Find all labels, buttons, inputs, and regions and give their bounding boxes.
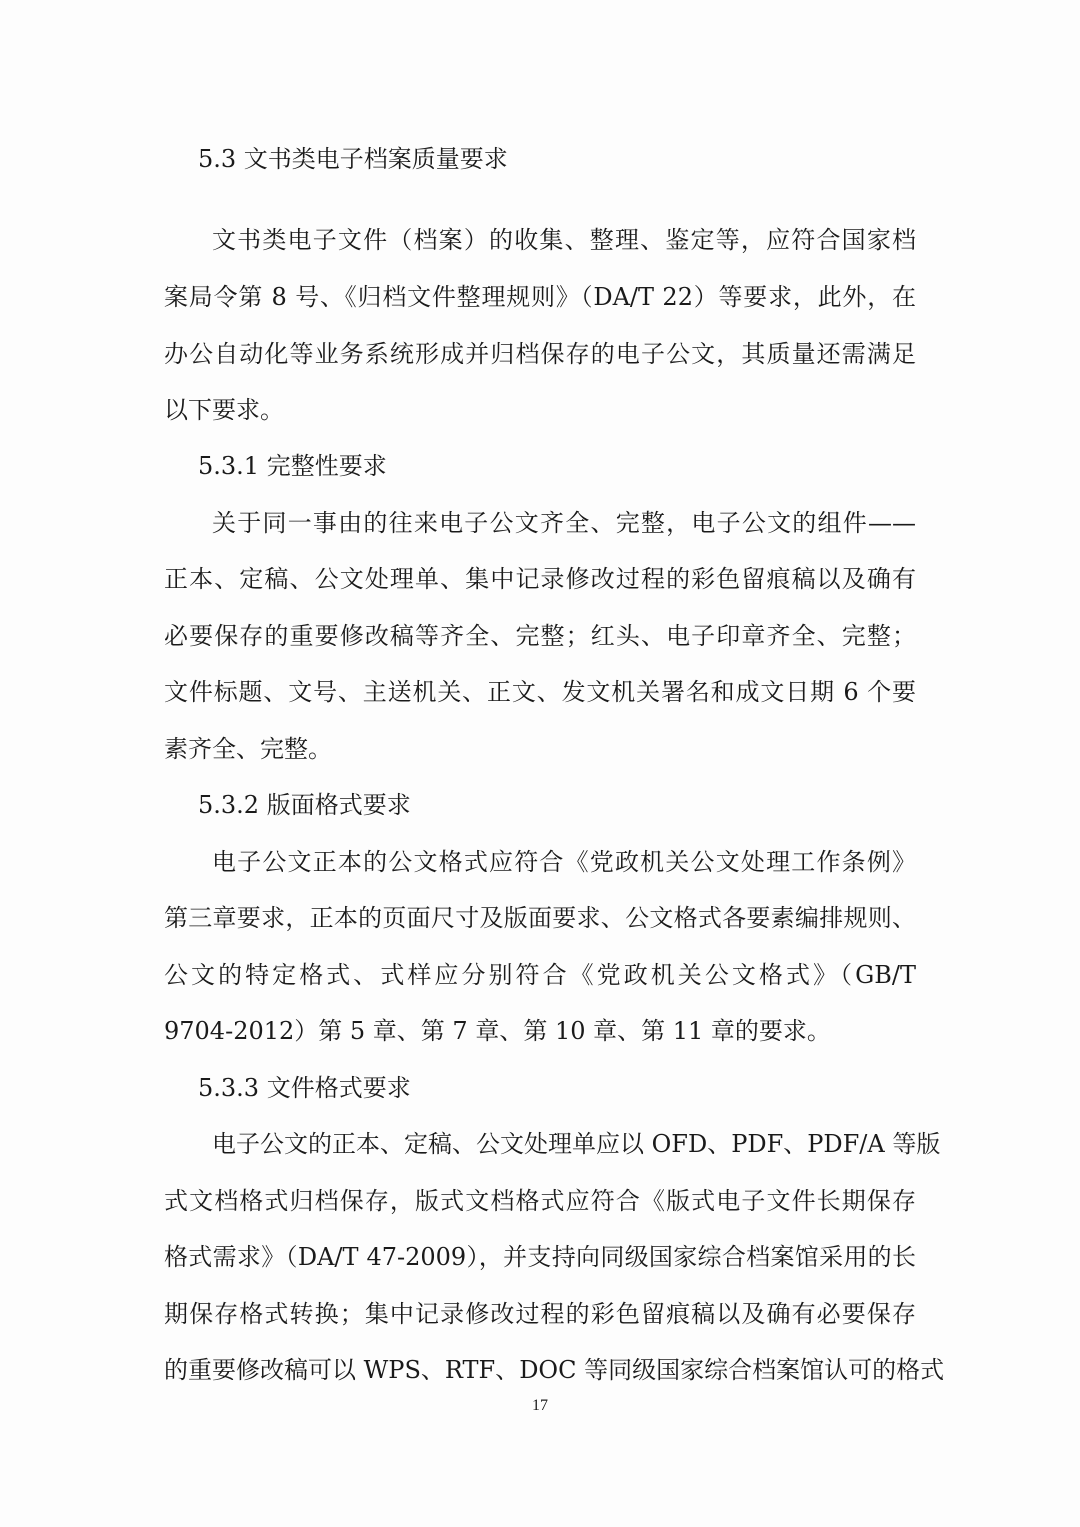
paragraph-line: 关于同一事由的往来电子公文齐全、完整，电子公文的组件—— [212, 507, 916, 539]
section-heading-5-3-2: 5.3.2 版面格式要求 [198, 789, 411, 821]
paragraph-line: 文书类电子文件（档案）的收集、整理、鉴定等，应符合国家档 [212, 224, 916, 256]
paragraph-line: 公文的特定格式、式样应分别符合《党政机关公文格式》（GB/T [164, 959, 916, 991]
document-page: 5.3 文书类电子档案质量要求 文书类电子文件（档案）的收集、整理、鉴定等，应符… [0, 0, 1080, 1527]
section-heading-5-3-3: 5.3.3 文件格式要求 [198, 1072, 411, 1104]
paragraph-line: 的重要修改稿可以 WPS、RTF、DOC 等同级国家综合档案馆认可的格式 [164, 1354, 916, 1386]
paragraph-line: 以下要求。 [164, 394, 916, 426]
paragraph-line: 必要保存的重要修改稿等齐全、完整；红头、电子印章齐全、完整； [164, 620, 916, 652]
paragraph-line: 第三章要求，正本的页面尺寸及版面要求、公文格式各要素编排规则、 [164, 902, 916, 934]
paragraph-line: 格式需求》（DA/T 47-2009），并支持向同级国家综合档案馆采用的长 [164, 1241, 916, 1273]
paragraph-line: 办公自动化等业务系统形成并归档保存的电子公文，其质量还需满足 [164, 338, 916, 370]
section-heading-5-3-1: 5.3.1 完整性要求 [198, 450, 387, 482]
section-heading-5-3: 5.3 文书类电子档案质量要求 [198, 143, 508, 175]
paragraph-line: 素齐全、完整。 [164, 733, 916, 765]
paragraph-line: 期保存格式转换；集中记录修改过程的彩色留痕稿以及确有必要保存 [164, 1298, 916, 1330]
paragraph-line: 式文档格式归档保存，版式文档格式应符合《版式电子文件长期保存 [164, 1185, 916, 1217]
paragraph-line: 9704-2012）第 5 章、第 7 章、第 10 章、第 11 章的要求。 [164, 1015, 916, 1047]
paragraph-line: 电子公文正本的公文格式应符合《党政机关公文处理工作条例》 [212, 846, 916, 878]
paragraph-line: 正本、定稿、公文处理单、集中记录修改过程的彩色留痕稿以及确有 [164, 563, 916, 595]
paragraph-line: 文件标题、文号、主送机关、正文、发文机关署名和成文日期 6 个要 [164, 676, 916, 708]
page-number: 17 [0, 1396, 1080, 1416]
paragraph-line: 案局令第 8 号、《归档文件整理规则》（DA/T 22）等要求，此外，在 [164, 281, 916, 313]
paragraph-line: 电子公文的正本、定稿、公文处理单应以 OFD、PDF、PDF/A 等版 [212, 1128, 916, 1160]
